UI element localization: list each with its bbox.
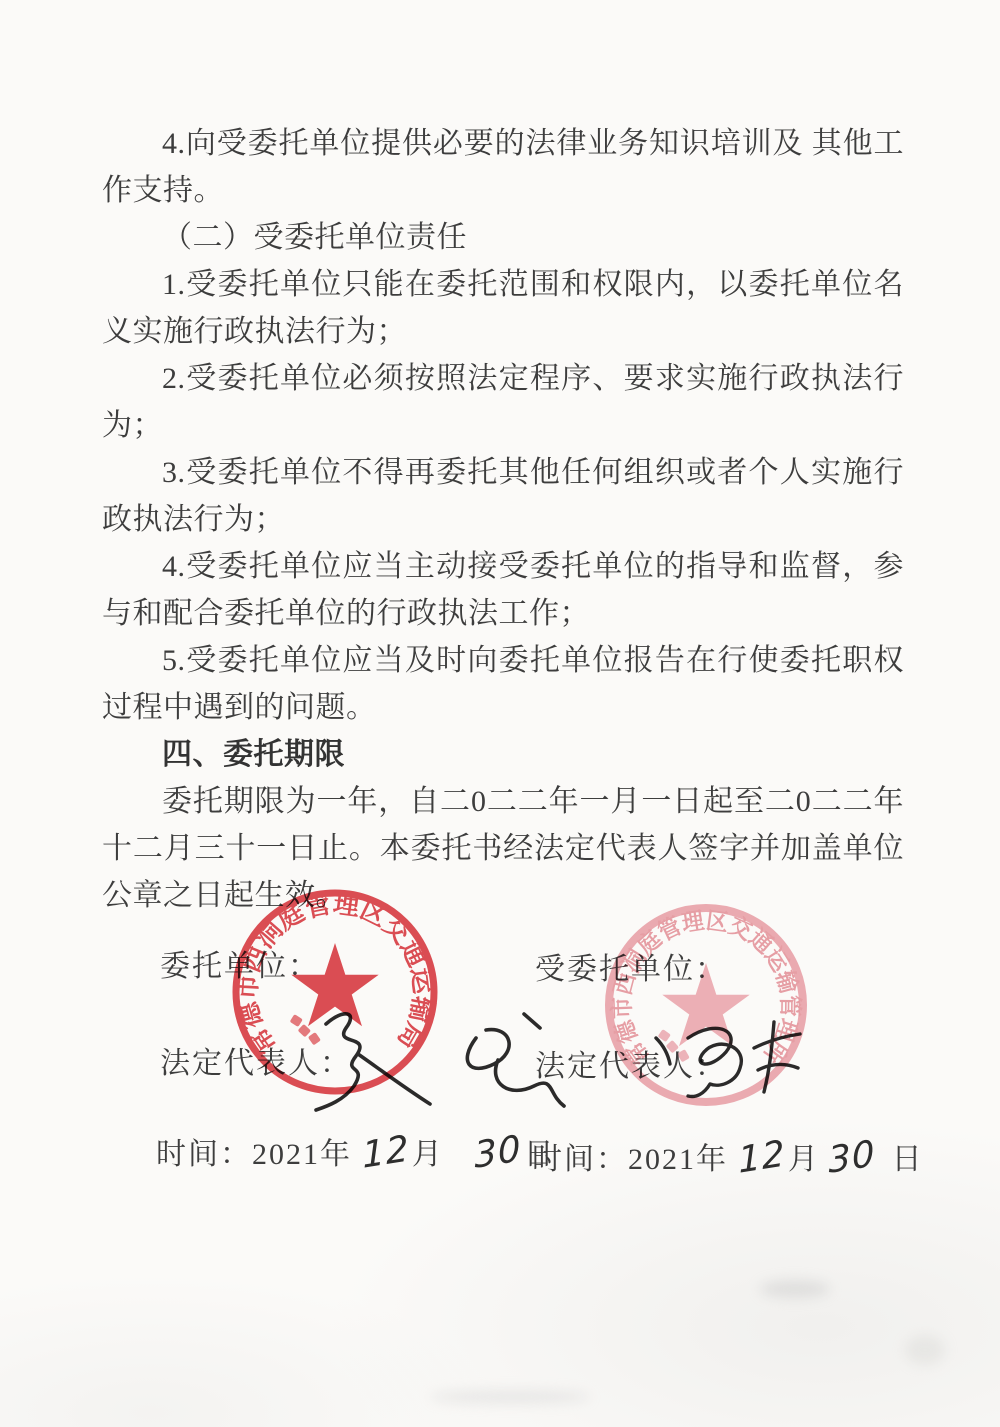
- scan-smudge: [760, 1280, 830, 1298]
- document-body: 4.向受委托单位提供必要的法律业务知识培训及 其他工作支持。 （二）受委托单位责…: [102, 120, 904, 919]
- paragraph-item4-support: 4.向受委托单位提供必要的法律业务知识培训及 其他工作支持。: [102, 120, 904, 214]
- legal-rep-signature-left: [298, 1002, 588, 1120]
- date-row-right: 时间：2021年12月30日: [532, 1131, 924, 1178]
- legal-rep-signature-right: [646, 1008, 816, 1103]
- date-prefix-right: 时间：2021年: [532, 1143, 728, 1176]
- scan-smudge: [905, 1335, 945, 1365]
- month-label-right: 月: [788, 1143, 820, 1176]
- date-row-left: 时间：2021年12月30日: [156, 1126, 556, 1173]
- paragraph-duty-1: 1.受委托单位只能在委托范围和权限内，以委托单位名义实施行政执法行为；: [102, 261, 904, 355]
- paragraph-duty-3: 3.受委托单位不得再委托其他任何组织或者个人实施行政执法行为；: [102, 449, 904, 543]
- handwritten-month-right: 12: [737, 1133, 786, 1182]
- paragraph-duty-2: 2.受委托单位必须按照法定程序、要求实施行政执法行为；: [102, 355, 904, 449]
- scan-smudge: [430, 1390, 590, 1404]
- handwritten-month-left: 12: [361, 1128, 410, 1177]
- handwritten-day-right: 30: [827, 1133, 876, 1182]
- heading-entrusted-unit-duties: （二）受委托单位责任: [102, 214, 904, 261]
- month-label-left: 月: [412, 1138, 444, 1171]
- paragraph-duty-4: 4.受委托单位应当主动接受委托单位的指导和监督，参与和配合委托单位的行政执法工作…: [102, 543, 904, 637]
- day-label-right: 日: [892, 1143, 924, 1176]
- heading-delegation-term: 四、委托期限: [102, 731, 904, 778]
- date-prefix-left: 时间：2021年: [156, 1138, 352, 1171]
- scanned-document-page: 4.向受委托单位提供必要的法律业务知识培训及 其他工作支持。 （二）受委托单位责…: [0, 0, 1000, 1427]
- handwritten-day-left: 30: [473, 1128, 522, 1177]
- paragraph-duty-5: 5.受委托单位应当及时向委托单位报告在行使委托职权过程中遇到的问题。: [102, 637, 904, 731]
